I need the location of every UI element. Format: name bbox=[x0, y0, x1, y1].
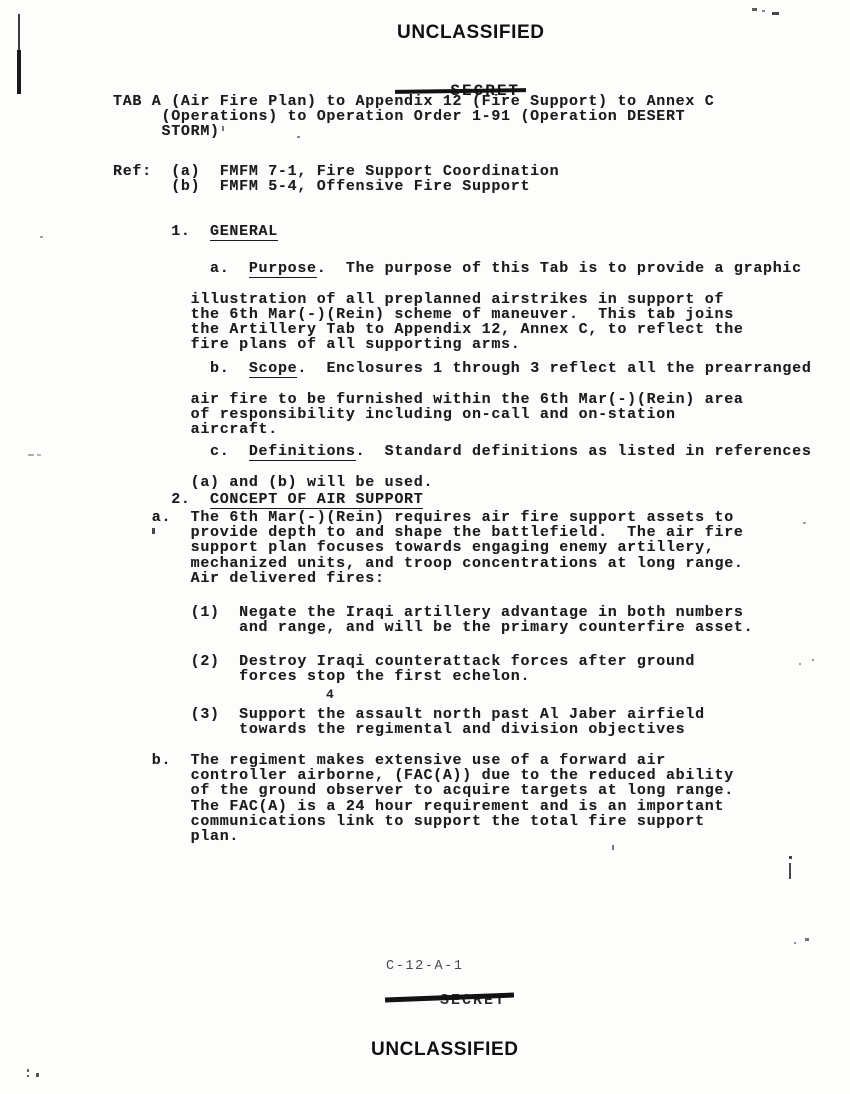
text-line: the Artillery Tab to Appendix 12, Annex … bbox=[113, 322, 802, 337]
text-line: and range, and will be the primary count… bbox=[113, 620, 753, 635]
item-text: . Enclosures 1 through 3 reflect all the… bbox=[297, 360, 811, 377]
scan-artifact bbox=[28, 454, 34, 456]
section-2b-paragraph: b. The regiment makes extensive use of a… bbox=[113, 753, 734, 844]
text-line: mechanized units, and troop concentratio… bbox=[113, 556, 744, 571]
text-line: TAB A (Air Fire Plan) to Appendix 12 (Fi… bbox=[113, 94, 715, 109]
text-line: the 6th Mar(-)(Rein) scheme of maneuver.… bbox=[113, 307, 802, 322]
text-line: b. The regiment makes extensive use of a… bbox=[113, 753, 734, 768]
scan-artifact bbox=[612, 845, 614, 850]
scan-artifact bbox=[27, 1075, 29, 1077]
item-text: . The purpose of this Tab is to provide … bbox=[317, 260, 802, 277]
text-line: support plan focuses towards engaging en… bbox=[113, 540, 744, 555]
subitem-1-paragraph: (1) Negate the Iraqi artillery advantage… bbox=[113, 605, 753, 635]
scan-artifact bbox=[36, 1073, 39, 1077]
section-title: CONCEPT OF AIR SUPPORT bbox=[210, 491, 423, 509]
item-label: a. bbox=[171, 260, 249, 277]
references-block: Ref: (a) FMFM 7-1, Fire Support Coordina… bbox=[113, 164, 559, 194]
scan-artifact bbox=[805, 938, 809, 941]
item-heading: Definitions bbox=[249, 443, 356, 461]
scan-artifact bbox=[772, 12, 779, 15]
scan-artifact bbox=[37, 454, 41, 456]
section-number: 1. bbox=[171, 223, 210, 240]
scan-artifact bbox=[752, 8, 757, 11]
text-line: a. The 6th Mar(-)(Rein) requires air fir… bbox=[113, 510, 744, 525]
text-line: provide depth to and shape the battlefie… bbox=[113, 525, 744, 540]
section-number: 2. bbox=[171, 491, 210, 508]
scan-artifact bbox=[17, 50, 21, 94]
item-text: . Standard definitions as listed in refe… bbox=[356, 443, 812, 460]
item-label: b. bbox=[171, 360, 249, 377]
scan-artifact bbox=[789, 863, 791, 879]
scan-artifact bbox=[812, 659, 814, 661]
scan-artifact bbox=[803, 522, 806, 524]
text-line: STORM) bbox=[113, 124, 715, 139]
struck-secret-text: SECRET bbox=[440, 992, 506, 1009]
text-line: The FAC(A) is a 24 hour requirement and … bbox=[113, 799, 734, 814]
scan-artifact bbox=[27, 1069, 29, 1072]
subitem-2-paragraph: (2) Destroy Iraqi counterattack forces a… bbox=[113, 654, 695, 684]
text-line: towards the regimental and division obje… bbox=[113, 722, 705, 737]
text-line: (1) Negate the Iraqi artillery advantage… bbox=[113, 605, 753, 620]
text-line: (2) Destroy Iraqi counterattack forces a… bbox=[113, 654, 695, 669]
tab-title-block: TAB A (Air Fire Plan) to Appendix 12 (Fi… bbox=[113, 94, 715, 140]
item-heading: Scope bbox=[249, 360, 298, 378]
section-1a-paragraph: a. Purpose. The purpose of this Tab is t… bbox=[113, 246, 802, 352]
scan-artifact bbox=[40, 236, 43, 238]
section-1b-paragraph: b. Scope. Enclosures 1 through 3 reflect… bbox=[113, 346, 812, 437]
scan-artifact bbox=[762, 10, 765, 12]
scan-artifact bbox=[789, 856, 792, 859]
text-line: forces stop the first echelon. bbox=[113, 669, 695, 684]
scan-artifact bbox=[794, 942, 796, 944]
item-label: c. bbox=[171, 443, 249, 460]
text-line: Air delivered fires: bbox=[113, 571, 744, 586]
text-line: (3) Support the assault north past Al Ja… bbox=[113, 707, 705, 722]
text-line: communications link to support the total… bbox=[113, 814, 734, 829]
text-line: of the ground observer to acquire target… bbox=[113, 783, 734, 798]
subitem-3-paragraph: (3) Support the assault north past Al Ja… bbox=[113, 707, 705, 737]
section-2a-paragraph: a. The 6th Mar(-)(Rein) requires air fir… bbox=[113, 510, 744, 586]
text-line: controller airborne, (FAC(A)) due to the… bbox=[113, 768, 734, 783]
page-number: C-12-A-1 bbox=[386, 959, 464, 974]
classification-banner-bottom: UNCLASSIFIED bbox=[371, 1039, 519, 1061]
text-line: (b) FMFM 5-4, Offensive Fire Support bbox=[113, 179, 559, 194]
text-line: Ref: (a) FMFM 7-1, Fire Support Coordina… bbox=[113, 164, 559, 179]
classification-banner-top: UNCLASSIFIED bbox=[397, 22, 545, 44]
stray-typewriter-mark: 4 bbox=[326, 687, 334, 702]
text-line: (Operations) to Operation Order 1-91 (Op… bbox=[113, 109, 715, 124]
item-heading: Purpose bbox=[249, 260, 317, 278]
section-title: GENERAL bbox=[210, 223, 278, 241]
text-line: plan. bbox=[113, 829, 734, 844]
scan-artifact bbox=[18, 14, 20, 54]
text-line: of responsibility including on-call and … bbox=[113, 407, 812, 422]
text-line: air fire to be furnished within the 6th … bbox=[113, 392, 812, 407]
struck-secret-marking-bottom: SECRET bbox=[396, 975, 506, 1026]
text-line: illustration of all preplanned airstrike… bbox=[113, 292, 802, 307]
scanned-document-page: UNCLASSIFIED SECRET TAB A (Air Fire Plan… bbox=[0, 0, 850, 1094]
scan-artifact bbox=[799, 663, 801, 665]
